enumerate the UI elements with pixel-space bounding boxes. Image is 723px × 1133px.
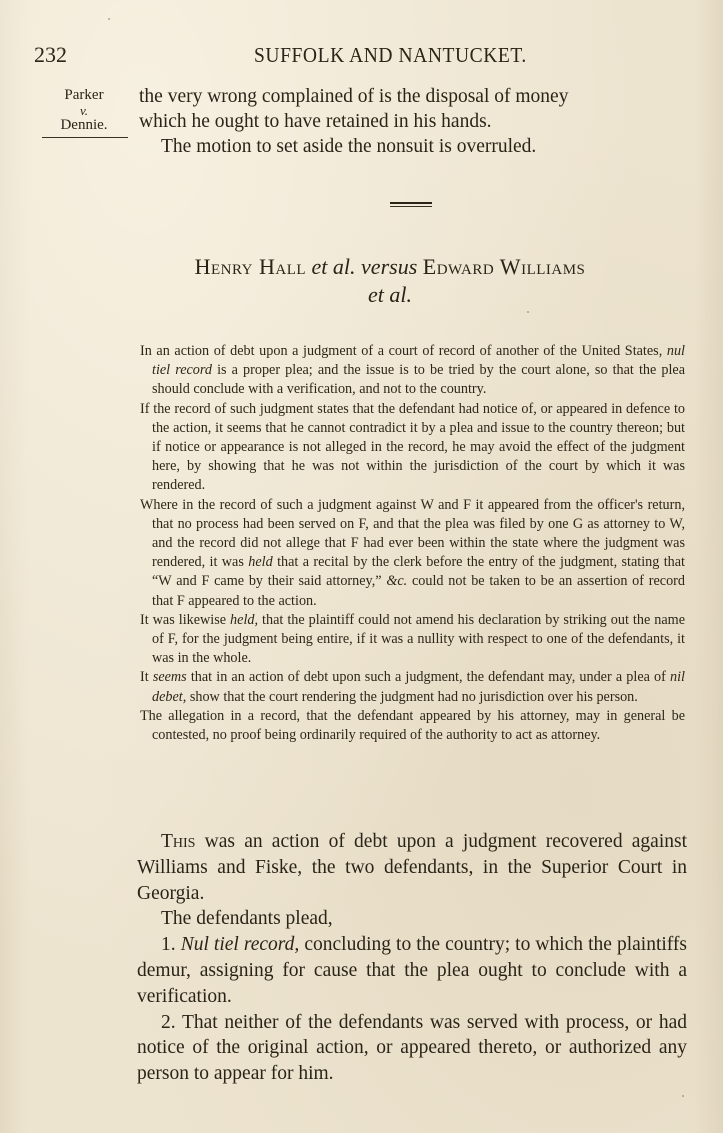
headnote: If the record of such judgment states th… [140,400,685,496]
page-number: 232 [34,42,67,68]
margin-versus: v. [40,103,128,118]
case-body: This was an action of debt upon a judgme… [137,829,687,1087]
headnote: The allegation in a record, that the def… [140,707,685,745]
text-line: which he ought to have retained in his h… [139,109,679,134]
text-line: the very wrong complained of is the disp… [139,84,679,109]
paper-speck [108,18,110,20]
case-title: Henry Hall et al. versus Edward Williams… [120,253,660,309]
body-paragraph: 1. Nul tiel record, concluding to the co… [137,932,687,1009]
body-paragraph: This was an action of debt upon a judgme… [137,829,687,906]
headnote: Where in the record of such a judgment a… [140,496,685,611]
text-line: The motion to set aside the nonsuit is o… [139,134,679,159]
case-defendant-suffix: et al. [368,282,412,307]
running-head: 232 SUFFOLK AND NANTUCKET. [34,42,674,72]
body-paragraph: The defendants plead, [137,906,687,932]
margin-rule [42,137,128,138]
book-page: 232 SUFFOLK AND NANTUCKET. Parker v. Den… [0,0,723,1133]
headnote: In an action of debt upon a judgment of … [140,342,685,400]
margin-plaintiff: Parker [64,87,103,103]
continued-paragraph: the very wrong complained of is the disp… [139,84,679,159]
section-separator-rule [390,202,432,208]
case-plaintiff-suffix: et al. [312,254,356,279]
paper-speck [527,311,529,313]
body-paragraph: 2. That neither of the defendants was se… [137,1010,687,1087]
case-plaintiff: Henry Hall [195,254,306,279]
margin-case-note: Parker v. Dennie. [40,88,128,138]
headnote: It was likewise held, that the plaintiff… [140,611,685,669]
paper-speck [682,1095,684,1097]
margin-defendant: Dennie. [60,117,107,133]
headnote: It seems that in an action of debt upon … [140,668,685,706]
headnotes: In an action of debt upon a judgment of … [140,342,685,745]
case-defendant: Edward Williams [423,254,586,279]
paper-speck [62,49,64,51]
case-versus: versus [361,254,417,279]
running-title: SUFFOLK AND NANTUCKET. [254,43,527,68]
